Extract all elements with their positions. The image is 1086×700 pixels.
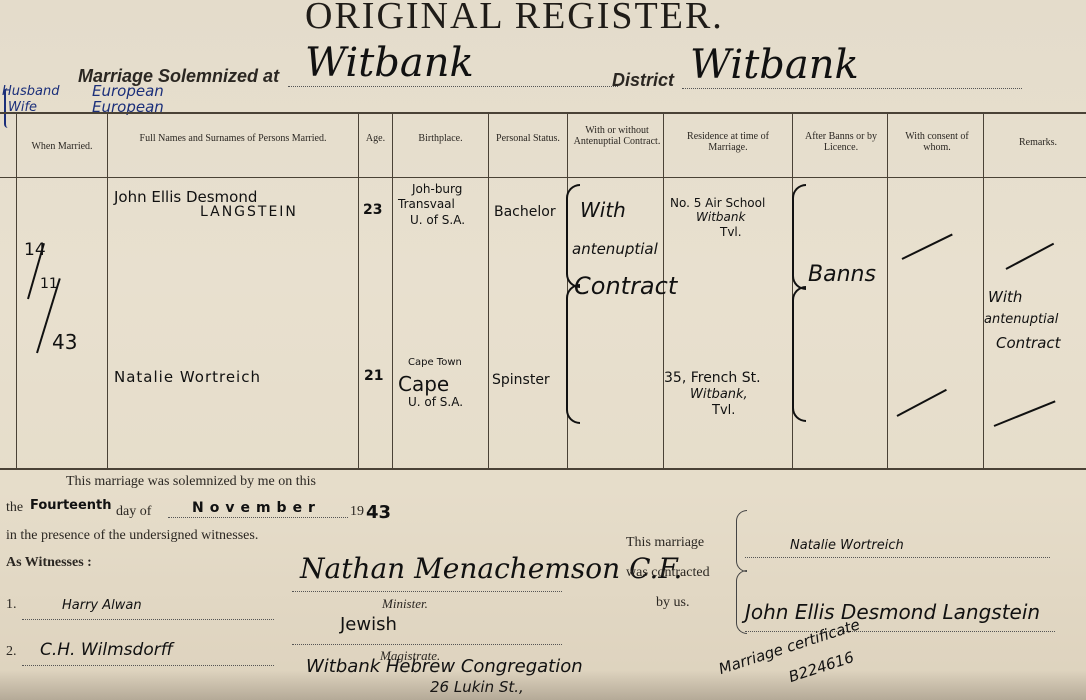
witness-1-number: 1.: [6, 597, 17, 613]
bride-remarks-slash-icon: [994, 400, 1056, 427]
district-label: District: [612, 70, 674, 91]
groom-consent-slash-icon: [902, 234, 953, 260]
groom-remarks-slash-icon: [1006, 243, 1055, 270]
banns-value: Banns: [808, 262, 876, 287]
groom-residence-line-2: Witbank: [696, 210, 745, 224]
bride-birthplace-country: U. of S.A.: [408, 395, 463, 409]
banns-brace-bottom-icon: [792, 286, 806, 422]
bride-residence-line-1: 35, French St.: [664, 370, 761, 386]
antenuptial-line-3: Contract: [574, 272, 677, 300]
witness-1-dotted-line: [22, 619, 274, 620]
groom-signature-dotted-line: [745, 631, 1055, 632]
minister-label: Minister.: [382, 596, 428, 612]
bride-residence-line-3: Tvl.: [712, 403, 735, 418]
antenuptial-line-2: antenuptial: [572, 240, 658, 258]
table-header-bottom-border: [0, 177, 1086, 178]
solemnized-statement: This marriage was solemnized by me on th…: [66, 474, 316, 490]
bride-name: Natalie Wortreich: [114, 368, 261, 386]
col-divider: [983, 112, 984, 468]
bride-birthplace-province: Cape: [398, 372, 449, 396]
col-divider: [887, 112, 888, 468]
col-header-consent: With consent of whom.: [893, 115, 981, 177]
bride-consent-slash-icon: [897, 389, 947, 417]
groom-birthplace-province: Transvaal: [398, 197, 455, 211]
presence-statement: in the presence of the undersigned witne…: [6, 528, 258, 544]
table-top-border: [0, 112, 1086, 114]
solemnized-at-dotted-line: [288, 86, 618, 87]
groom-age: 23: [363, 202, 382, 218]
col-header-remarks: Remarks.: [990, 115, 1086, 177]
day-value: Fourteenth: [30, 498, 112, 513]
bride-status: Spinster: [492, 372, 550, 388]
year-prefix: 19: [350, 504, 364, 520]
groom-residence-line-1: No. 5 Air School: [670, 196, 765, 210]
col-header-age: Age.: [359, 115, 392, 177]
witness-1-signature: Harry Alwan: [62, 598, 142, 613]
witness-2-dotted-line: [22, 665, 274, 666]
col-header-banns: After Banns or by Licence.: [797, 115, 885, 177]
contracted-text-2: was contracted: [626, 565, 710, 581]
bride-signature-dotted-line: [745, 557, 1050, 558]
bride-residence-line-2: Witbank,: [690, 387, 748, 402]
year-suffix: 43: [366, 502, 391, 523]
col-header-residence: Residence at time of Marriage.: [676, 115, 780, 177]
bride-age: 21: [364, 368, 383, 384]
district-value: Witbank: [690, 42, 859, 88]
antenuptial-line-1: With: [580, 198, 626, 222]
witnesses-label: As Witnesses :: [6, 555, 92, 571]
col-header-when-married: When Married.: [17, 115, 107, 177]
register-title: ORIGINAL REGISTER.: [305, 0, 724, 38]
groom-residence-line-3: Tvl.: [720, 225, 742, 239]
signatures-brace-top-icon: [736, 510, 747, 572]
groom-status: Bachelor: [494, 204, 556, 220]
contracted-text-1: This marriage: [626, 535, 704, 551]
denomination-value: Jewish: [340, 614, 397, 635]
day-of-label: day of: [116, 504, 151, 520]
date-year: 43: [52, 330, 77, 354]
groom-birthplace-city: Joh-burg: [412, 182, 462, 196]
page-edge-shadow: [0, 670, 1086, 700]
col-header-birthplace: Birthplace.: [393, 115, 488, 177]
bride-signature: Natalie Wortreich: [790, 538, 904, 553]
month-dotted-line: [168, 517, 348, 518]
the-label: the: [6, 500, 23, 516]
solemnized-at-value: Witbank: [305, 40, 474, 86]
col-header-personal-status: Personal Status.: [489, 115, 567, 177]
remarks-line-3: Contract: [996, 334, 1061, 352]
col-header-full-names: Full Names and Surnames of Persons Marri…: [108, 115, 358, 177]
district-dotted-line: [682, 88, 1022, 89]
month-value: November: [192, 500, 321, 516]
table-bottom-border: [0, 468, 1086, 470]
banns-brace-top-icon: [792, 184, 806, 290]
remarks-line-2: antenuptial: [984, 312, 1058, 327]
witness-2-signature: C.H. Wilmsdorff: [40, 640, 173, 660]
remarks-line-1: With: [988, 288, 1022, 306]
groom-signature: John Ellis Desmond Langstein: [745, 600, 1040, 624]
col-header-antenuptial: With or without Antenuptial Contract.: [573, 115, 661, 177]
contracted-text-3: by us.: [656, 595, 689, 611]
margin-brace-icon: [4, 88, 12, 128]
witness-2-number: 2.: [6, 644, 17, 660]
groom-surname: LANGSTEIN: [200, 204, 298, 220]
antenuptial-brace-bottom-icon: [566, 284, 580, 424]
groom-birthplace-country: U. of S.A.: [410, 213, 465, 227]
bride-birthplace-city: Cape Town: [408, 357, 462, 368]
minister-dotted-line: [292, 591, 562, 592]
magistrate-dotted-line: [292, 644, 562, 645]
